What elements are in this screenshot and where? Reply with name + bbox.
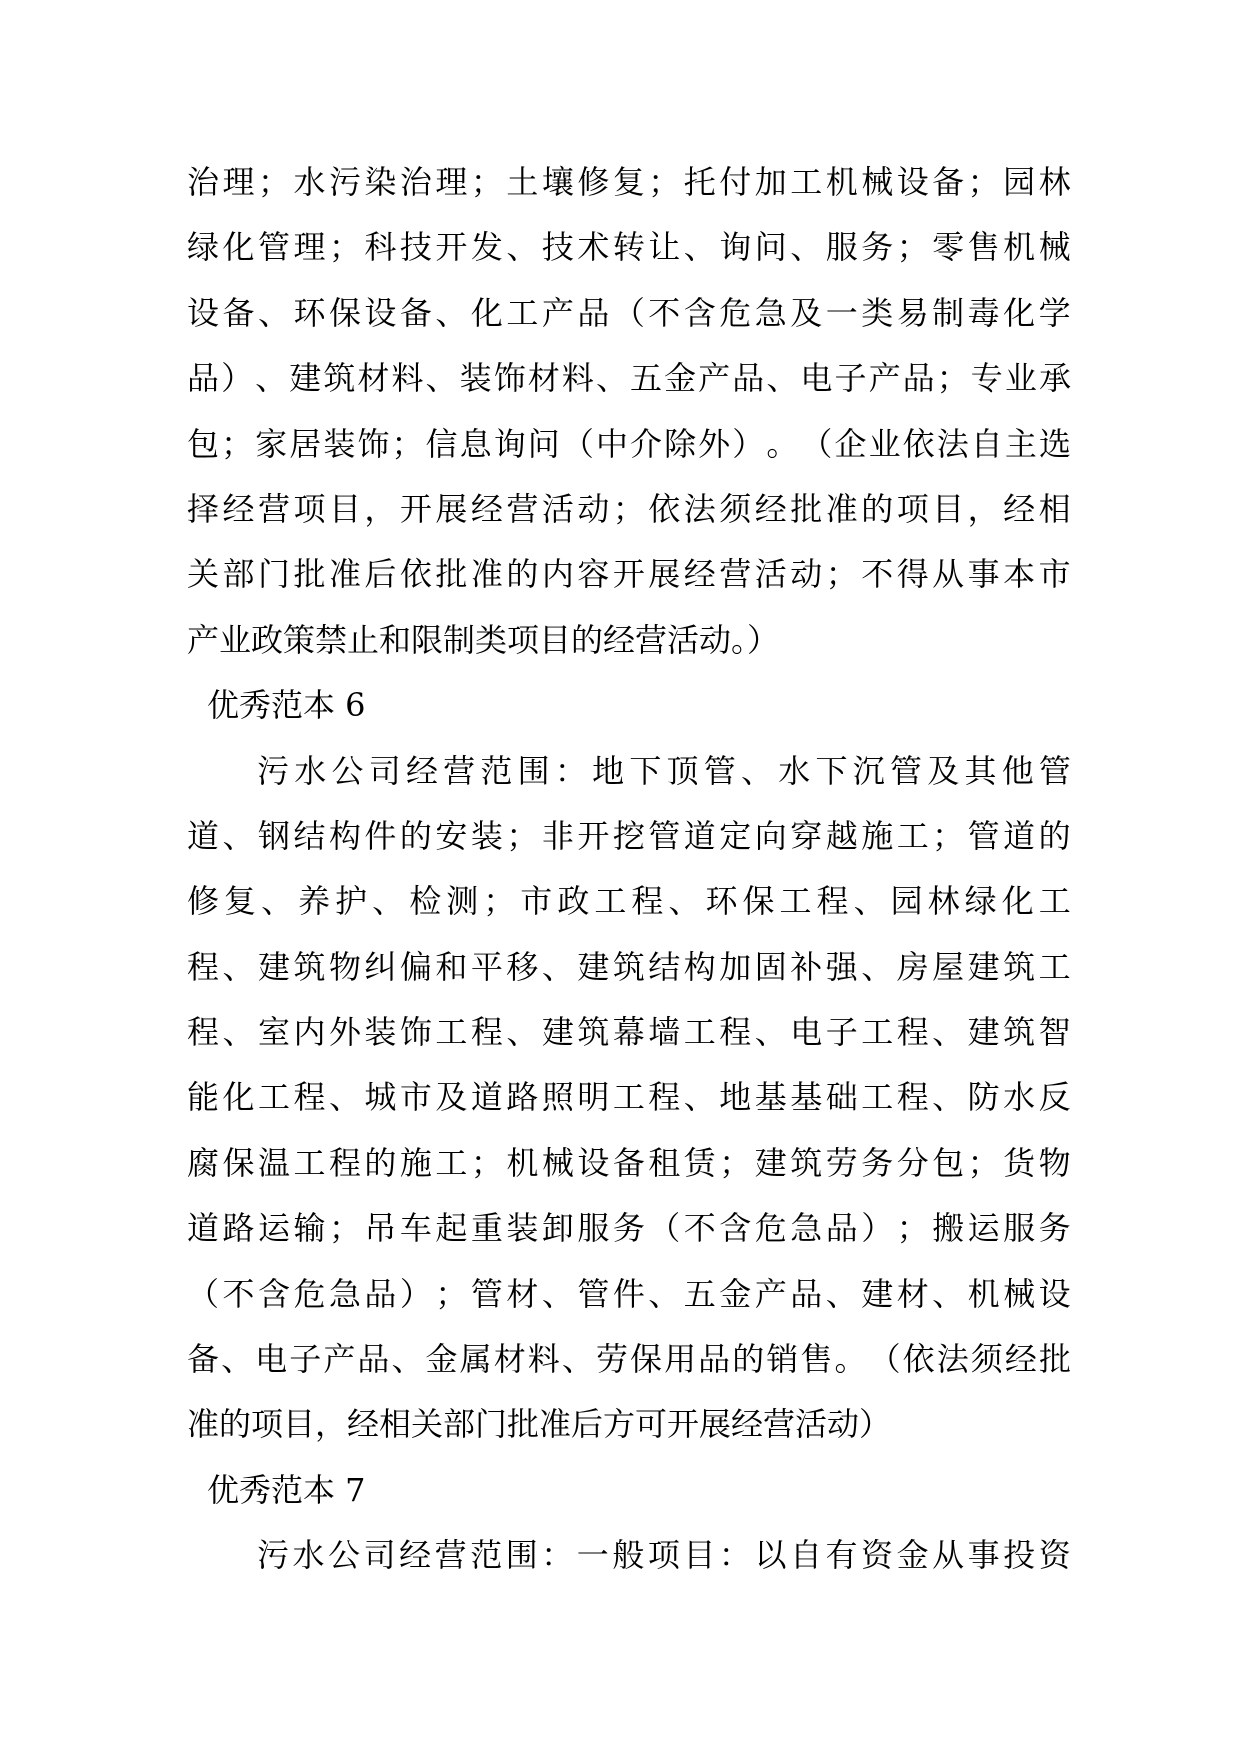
text-line: 程、建筑物纠偏和平移、建筑结构加固补强、房屋建筑工 xyxy=(187,935,1071,1000)
document-body: 治理；水污染治理；土壤修复；托付加工机械设备；园林绿化管理；科技开发、技术转让、… xyxy=(187,150,1071,1589)
text-line: 腐保温工程的施工；机械设备租赁；建筑劳务分包；货物 xyxy=(187,1131,1071,1196)
text-line: 治理；水污染治理；土壤修复；托付加工机械设备；园林 xyxy=(187,150,1071,215)
text-line: 能化工程、城市及道路照明工程、地基基础工程、防水反 xyxy=(187,1065,1071,1130)
text-line: 包；家居装饰；信息询问（中介除外）。（企业依法自主选 xyxy=(187,412,1071,477)
text-line: 设备、环保设备、化工产品（不含危急及一类易制毒化学 xyxy=(187,281,1071,346)
section-heading: 优秀范本 7 xyxy=(187,1458,1071,1523)
text-line: 道路运输；吊车起重装卸服务（不含危急品）；搬运服务 xyxy=(187,1196,1071,1261)
text-line: 关部门批准后依批准的内容开展经营活动；不得从事本市 xyxy=(187,542,1071,607)
text-line: 准的项目，经相关部门批准后方可开展经营活动） xyxy=(187,1392,1071,1457)
text-line: 修复、养护、检测；市政工程、环保工程、园林绿化工 xyxy=(187,869,1071,934)
text-line: 产业政策禁止和限制类项目的经营活动。） xyxy=(187,608,1071,673)
document-page: 治理；水污染治理；土壤修复；托付加工机械设备；园林绿化管理；科技开发、技术转让、… xyxy=(0,0,1240,1753)
text-line: 择经营项目，开展经营活动；依法须经批准的项目，经相 xyxy=(187,477,1071,542)
text-line: 品）、建筑材料、装饰材料、五金产品、电子产品；专业承 xyxy=(187,346,1071,411)
text-line: 备、电子产品、金属材料、劳保用品的销售。（依法须经批 xyxy=(187,1327,1071,1392)
text-line: 污水公司经营范围：一般项目：以自有资金从事投资 xyxy=(187,1523,1071,1588)
text-line: （不含危急品）；管材、管件、五金产品、建材、机械设 xyxy=(187,1262,1071,1327)
section-heading: 优秀范本 6 xyxy=(187,673,1071,738)
text-line: 道、钢结构件的安装；非开挖管道定向穿越施工；管道的 xyxy=(187,804,1071,869)
text-line: 绿化管理；科技开发、技术转让、询问、服务；零售机械 xyxy=(187,215,1071,280)
text-line: 程、室内外装饰工程、建筑幕墙工程、电子工程、建筑智 xyxy=(187,1000,1071,1065)
text-line: 污水公司经营范围：地下顶管、水下沉管及其他管 xyxy=(187,739,1071,804)
